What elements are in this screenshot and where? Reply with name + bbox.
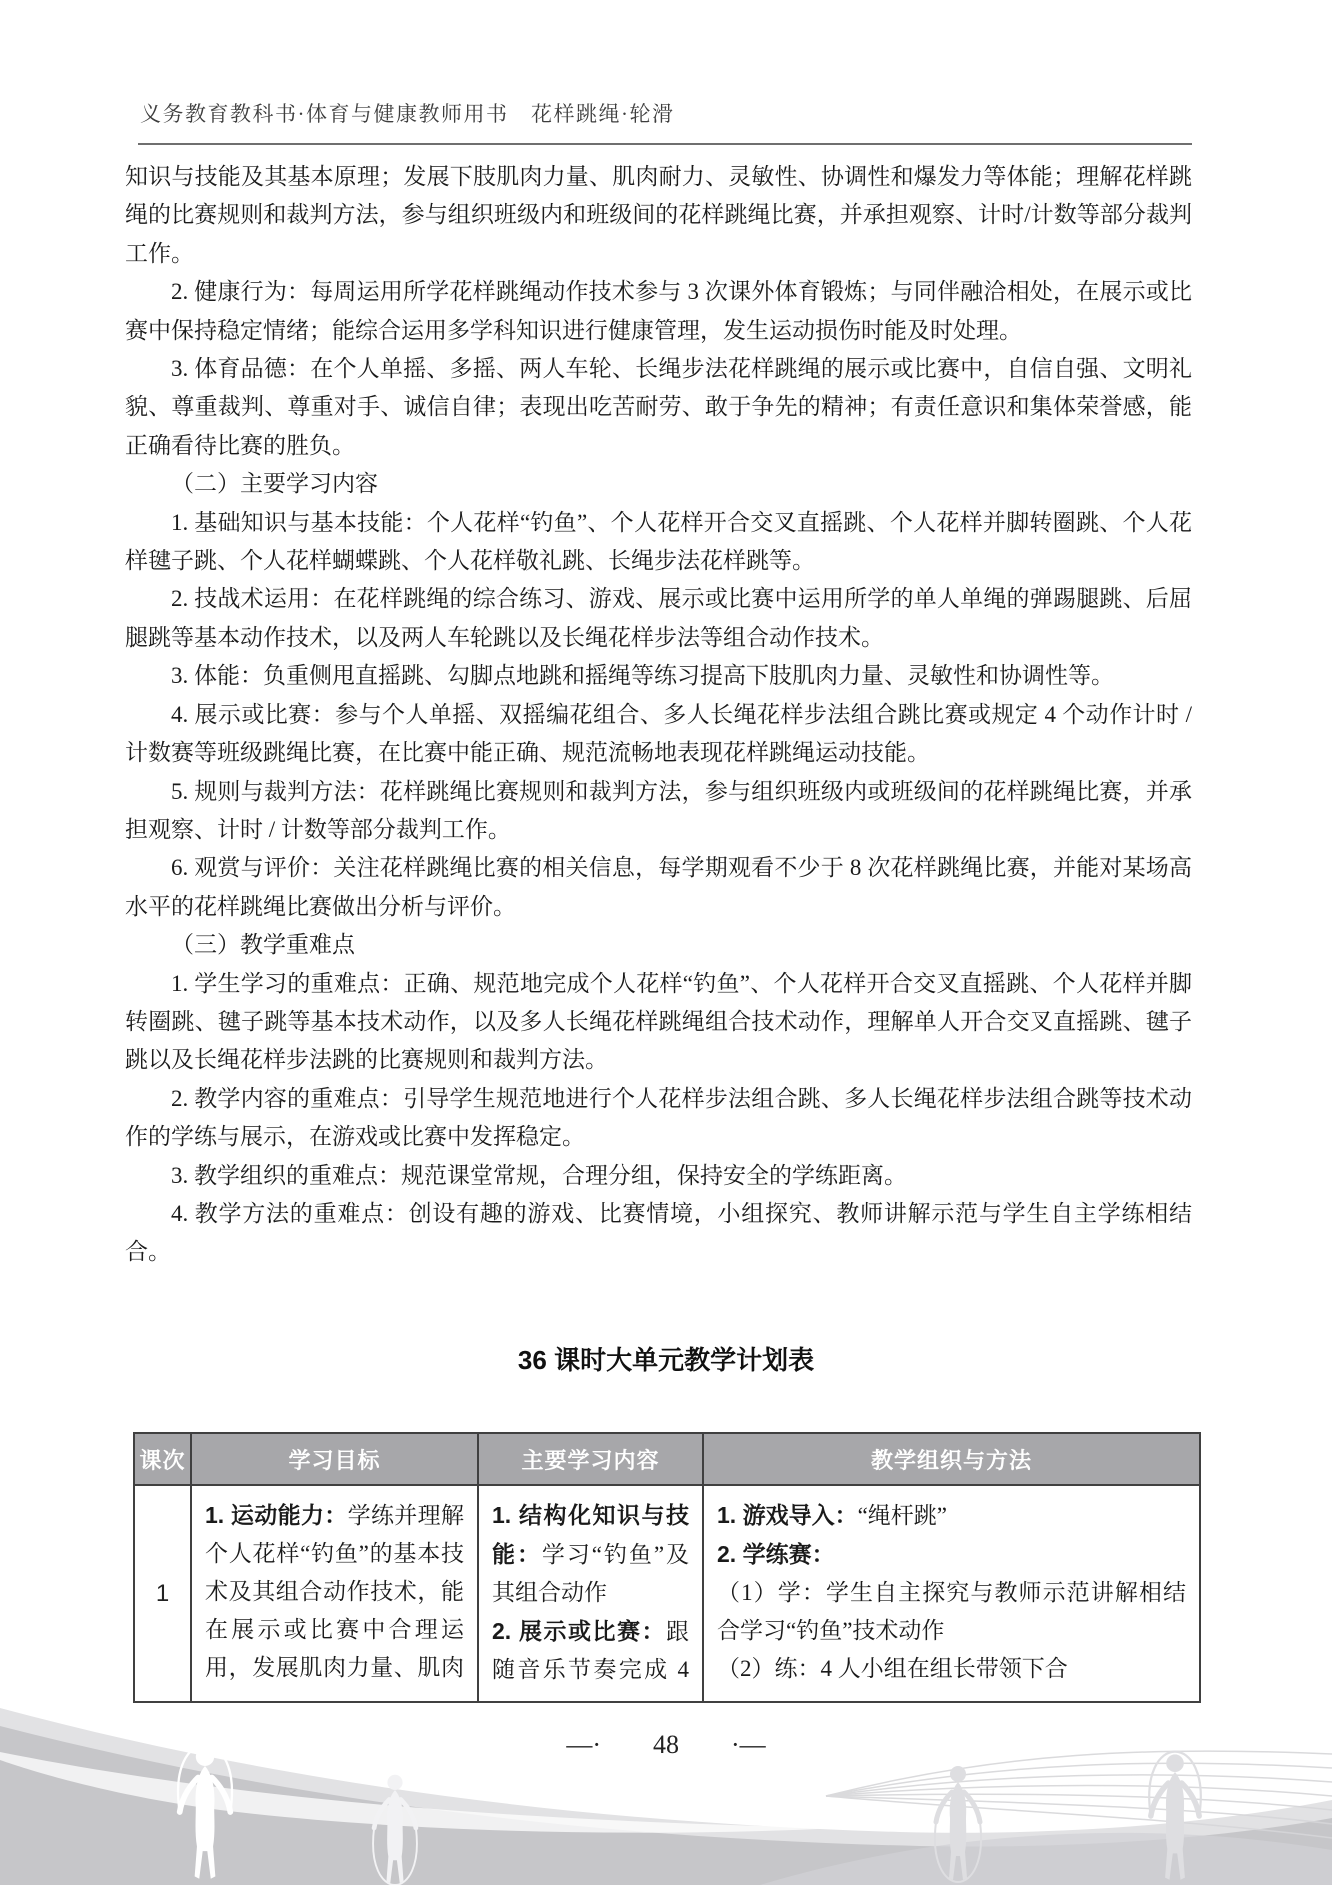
paragraph: 3. 教学组织的重难点：规范课堂常规，合理分组，保持安全的学练距离。 [125,1157,1192,1195]
cell-paragraph: 2. 展示或比赛：跟随音乐节奏完成 4 个八拍的个 [492,1612,689,1689]
footer-decoration [0,1700,1332,1885]
lesson-number-cell: 1 [134,1485,191,1702]
paragraph: 知识与技能及其基本原理；发展下肢肌肉力量、肌肉耐力、灵敏性、协调性和爆发力等体能… [125,158,1192,273]
cell-paragraph: （1）学：学生自主探究与教师示范讲解相结合学习“钓鱼”技术动作 [717,1574,1186,1650]
paragraph: 4. 展示或比赛：参与个人单摇、双摇编花组合、多人长绳花样步法组合跳比赛或规定 … [125,696,1192,773]
running-head: 义务教育教科书·体育与健康教师用书 花样跳绳·轮滑 [140,98,1192,128]
cell-paragraph: （2）练：4 人小组在组长带领下合 [717,1650,1186,1688]
body-text: 知识与技能及其基本原理；发展下肢肌肉力量、肌肉耐力、灵敏性、协调性和爆发力等体能… [125,158,1192,1272]
rope-skipper-silhouette [935,1766,981,1882]
page: { "header": { "booklet_title": "义务教育教科书·… [0,0,1332,1885]
methods-cell: 1. 游戏导入：“绳杆跳”2. 学练赛：（1）学：学生自主探究与教师示范讲解相结… [703,1485,1200,1702]
cell-paragraph: 1. 游戏导入：“绳杆跳” [717,1496,1186,1535]
column-header: 学习目标 [191,1433,478,1485]
goals-cell: 1. 运动能力：学练并理解个人花样“钓鱼”的基本技术及其组合动作技术，能在展示或… [191,1485,478,1702]
page-number: —·48·— [0,1730,1332,1760]
paragraph: 1. 学生学习的重难点：正确、规范地完成个人花样“钓鱼”、个人花样开合交叉直摇跳… [125,965,1192,1080]
paragraph: 4. 教学方法的重难点：创设有趣的游戏、比赛情境，小组探究、教师讲解示范与学生自… [125,1195,1192,1272]
cell-paragraph: 1. 运动能力：学练并理解个人花样“钓鱼”的基本技术及其组合动作技术，能在展示或… [205,1496,464,1689]
column-header: 教学组织与方法 [703,1433,1200,1485]
table-title: 36 课时大单元教学计划表 [0,1340,1332,1377]
cell-paragraph: 1. 结构化知识与技能：学习“钓鱼”及其组合动作 [492,1496,689,1612]
paragraph: （三）教学重难点 [125,926,1192,964]
paragraph: 1. 基础知识与基本技能：个人花样“钓鱼”、个人花样开合交叉直摇跳、个人花样并脚… [125,504,1192,581]
wave-white-swoosh [0,1752,840,1833]
rope-skipper-silhouette [178,1745,232,1879]
paragraph: 6. 观赏与评价：关注花样跳绳比赛的相关信息，每学期观看不少于 8 次花样跳绳比… [125,849,1192,926]
column-header: 课次 [134,1433,191,1485]
plan-table-body: 11. 运动能力：学练并理解个人花样“钓鱼”的基本技术及其组合动作技术，能在展示… [134,1485,1200,1702]
paragraph: 2. 教学内容的重难点：引导学生规范地进行个人花样步法组合跳、多人长绳花样步法组… [125,1080,1192,1157]
header-divider [138,143,1192,145]
teaching-plan-table: 课次学习目标主要学习内容教学组织与方法 11. 运动能力：学练并理解个人花样“钓… [133,1432,1201,1703]
paragraph: 2. 健康行为：每周运用所学花样跳绳动作技术参与 3 次课外体育锻炼；与同伴融洽… [125,273,1192,350]
cell-paragraph: 2. 学练赛： [717,1535,1186,1574]
page-number-value: 48 [653,1730,679,1759]
paragraph: （二）主要学习内容 [125,465,1192,503]
plan-table-header-row: 课次学习目标主要学习内容教学组织与方法 [134,1433,1200,1485]
page-number-left-dash: —· [566,1730,601,1759]
fan-lines [826,1751,1332,1838]
rope-skipper-silhouette [373,1775,417,1885]
paragraph: 5. 规则与裁判方法：花样跳绳比赛规则和裁判方法，参与组织班级内或班级间的花样跳… [125,773,1192,850]
paragraph: 3. 体育品德：在个人单摇、多摇、两人车轮、长绳步法花样跳绳的展示或比赛中，自信… [125,350,1192,465]
column-header: 主要学习内容 [478,1433,703,1485]
paragraph: 3. 体能：负重侧甩直摇跳、勾脚点地跳和摇绳等练习提高下肢肌肉力量、灵敏性和协调… [125,657,1192,695]
wave-right-overlay [760,1833,1332,1885]
table-row: 11. 运动能力：学练并理解个人花样“钓鱼”的基本技术及其组合动作技术，能在展示… [134,1485,1200,1702]
rope-skipper-silhouette [1149,1752,1201,1880]
paragraph: 2. 技战术运用：在花样跳绳的综合练习、游戏、展示或比赛中运用所学的单人单绳的弹… [125,580,1192,657]
page-number-right-dash: ·— [731,1730,766,1759]
content-cell: 1. 结构化知识与技能：学习“钓鱼”及其组合动作2. 展示或比赛：跟随音乐节奏完… [478,1485,703,1702]
